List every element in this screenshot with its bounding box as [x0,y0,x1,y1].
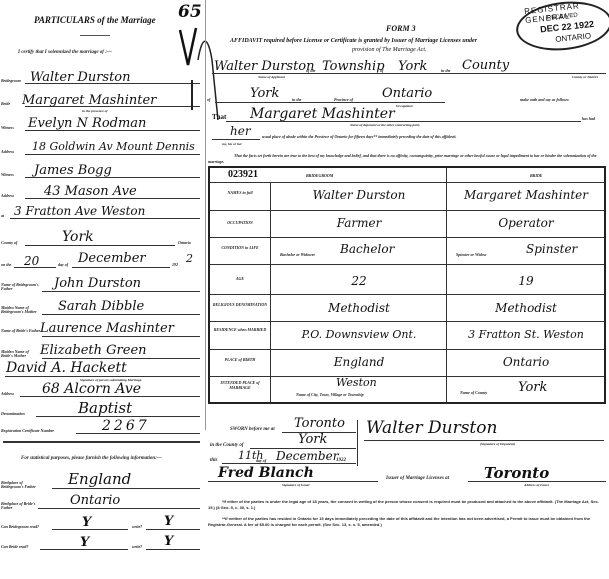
row-label: AGE [210,276,270,281]
field-rule [5,376,200,377]
bride-write: Y [164,534,173,549]
that-label: That [212,113,226,121]
issuer-signature: Fred Blanch [218,465,314,481]
field-label: Address [1,193,14,198]
county-prefix: Name of County [460,390,487,395]
issuer-place-label: Address of Issuer [524,483,549,487]
sworn-county: York [298,432,327,447]
bride-value: Margaret Mashinter [22,93,156,108]
day-of-label: day of [256,458,266,463]
parent-label: Name of Bride's Father [1,329,41,333]
groom-father-birthplace: England [68,470,131,488]
township-name: York [398,59,427,74]
field-label: Witness [1,172,14,177]
table-row: AGE 22 19 [210,264,604,295]
day-of-label: day of [58,262,68,267]
bride-condition: Spinster [526,242,577,256]
oath-text: make oath and say as follows: [520,97,569,102]
sworn-label: SWORN before me at [230,427,275,432]
in-the-label-2: in the [292,97,301,102]
form-title: FORM 3 [386,24,416,33]
parent-label: Name of Bridegroom's Father [1,283,41,291]
that-sub-label: Name of deponent or the other contractin… [350,123,420,127]
field-rule [25,154,200,155]
day-value: 20 [24,254,39,268]
field-rule [38,508,200,509]
of-the-label: of the [306,68,315,73]
witness1-value: Evelyn N Rodman [28,116,146,131]
presence-label: in the presence of [82,109,108,113]
bride-residence: 3 Fratton St. Weston [448,328,604,341]
county-type: County [462,58,509,73]
table-row: PLACE of BIRTH England Ontario [210,349,604,377]
panel-divider [205,0,206,430]
marriage-county: York [518,380,547,395]
officiant-signature: David A. Hackett [6,360,127,376]
groom-read: Y [82,515,91,530]
witness2-address: 43 Mason Ave [44,184,137,199]
groom-condition: Bachelor [340,242,394,256]
bride-father-birthplace: Ontario [70,493,120,508]
field-rule [215,102,445,103]
field-label: Witness [1,125,14,130]
bride-occupation: Operator [448,216,604,230]
table-row: INTENDED PLACE of MARRIAGE Weston Name o… [210,376,604,402]
section-divider [3,441,200,443]
issuer-place: Toronto [484,464,549,482]
field-label: County of [1,240,17,245]
page-number: 65 [178,2,202,22]
bride-mother: Elizabeth Green [40,343,147,358]
in-the-label: in the [441,68,450,73]
write-label: write? [132,544,142,549]
bride-read: Y [80,535,89,550]
deponent-label: (Signature of Deponent) [480,442,515,446]
groom-religion: Methodist [272,301,446,315]
issuer-text: Issuer of Marriage Licenses at [386,476,449,481]
field-rule [468,481,606,482]
bride-birthplace: Ontario [448,355,604,369]
county-name: York [250,86,279,101]
registration-label: Registration Certificate Number [1,428,54,433]
occupation-value: Ontario [382,86,432,101]
witness1-address: 18 Goldwin Av Mount Dennis [32,140,195,153]
province-label: Province of [334,97,353,102]
witness2-value: James Bogg [34,163,112,178]
row-label: RESIDENCE when MARRIED [210,327,270,332]
registrar-stamp: REGISTRAR GENERAL RECEIVED DEC 22 1922 O… [514,0,609,55]
table-row: OCCUPATION Farmer Operator [210,210,604,238]
groom-condition-prefix: Bachelor or Widower [280,252,315,257]
row-label: PLACE of BIRTH [210,357,270,362]
title-rule [80,35,110,36]
stamp-bottom: ONTARIO [555,31,592,44]
field-rule [146,549,200,550]
col-bridegroom: BRIDEGROOM [306,173,333,178]
field-label: Bridegroom [1,78,21,83]
row-label: OCCUPATION [210,220,270,225]
groom-father: John Durston [54,276,141,291]
table-row: CONDITION in LIFE Bachelor or Widower Ba… [210,237,604,265]
that-value: Margaret Mashinter [250,106,395,122]
of-label-2: of [207,97,210,102]
bride-father: Laurence Mashinter [40,321,174,336]
groom-mother: Sarah Dibble [58,299,144,314]
field-rule [146,529,200,530]
bride-condition-prefix: Spinster or Widow [456,252,486,257]
table-row: RESIDENCE when MARRIED P.O. Downsview On… [210,321,604,350]
literacy-label: Can Bride read? [1,544,28,549]
year-value: 2 [186,252,193,265]
applicant-name-label: Name of Applicant [258,75,285,79]
this-label: this [210,458,218,463]
literacy-label: Can Bridegroom read? [1,524,39,529]
parent-label: Maiden Name of Bride's Mother [1,350,41,358]
denomination-value: Baptist [78,399,132,417]
of-label: of [380,68,383,73]
field-label: on the [1,262,11,267]
table-row: NAMES in full Walter Durston Margaret Ma… [210,182,604,211]
field-rule [72,267,170,268]
row-label: RELIGIOUS DENOMINATION [210,302,270,307]
affidavit-subheading: provision of The Marriage Act. [352,47,427,53]
groom-name: Walter Durston [272,188,446,202]
issuer-sig-label: Signature of Issuer [282,483,310,487]
certify-text: I certify that I solemnized the marriage… [18,50,112,55]
stat-label: Birthplace of Bridegroom's Father [1,481,41,489]
field-label: at [1,213,4,218]
field-rule [222,463,356,464]
has-had: has had [582,116,595,121]
sworn-month: December [276,449,338,463]
serial-number: 023921 [228,169,258,180]
city-sub-label: Name of City, Town, Village or Township [296,392,364,397]
field-rule [42,336,200,337]
facts-text: That the facts set forth herein are true… [208,153,606,165]
field-label: Bride [1,101,10,106]
groom-residence: P.O. Downsview Ont. [272,328,446,341]
row-label: CONDITION in LIFE [210,245,270,250]
bride-religion: Methodist [448,301,604,315]
field-rule [42,358,200,359]
abode-text: usual place of abode within the Province… [262,134,456,139]
write-label: write? [132,524,142,529]
groom-birthplace: England [272,355,446,369]
field-rule [364,440,604,441]
field-rule [52,488,200,489]
county-district-label: County or District [572,75,598,79]
particulars-title: PARTICULARS of the Marriage [34,15,156,25]
registration-number: 2267 [102,418,150,434]
bridegroom-value: Walter Durston [30,70,131,85]
bride-name: Margaret Mashinter [448,188,604,202]
field-rule [42,291,200,292]
field-rule [212,139,260,140]
table-header-row: 023921 BRIDEGROOM BRIDE [210,168,604,183]
affidavit-heading: AFFIDAVIT required before License or Cer… [230,38,477,44]
bride-age: 19 [448,274,604,288]
stat-label: Birthplace of Bride's Father [1,502,41,510]
province-suffix: Ontario [178,240,191,245]
field-rule [42,314,200,315]
field-rule [208,481,378,482]
denomination-label: Denomination [1,411,25,416]
row-label: NAMES in full [210,190,270,195]
field-rule [10,218,200,219]
sworn-bracket [357,420,358,466]
month-value: December [78,251,146,266]
field-label: Address [1,149,14,154]
county-label: in the County of [210,443,243,448]
officiant-address: 68 Alcorn Ave [42,381,141,397]
groom-age: 22 [272,274,446,288]
table-row: RELIGIOUS DENOMINATION Methodist Methodi… [210,294,604,322]
applicant-name: Walter Durston [214,59,315,74]
occupation-label: Occupation [396,104,413,108]
footnote-1: *If either of the parties is under the l… [208,499,606,511]
ceremony-place: 3 Fratton Ave Weston [14,204,145,218]
marriage-city: Weston [336,376,377,389]
address-label: Address [1,391,14,396]
field-rule [25,245,175,246]
pronoun-label: my, his or her [222,142,242,146]
details-table: 023921 BRIDEGROOM BRIDE NAMES in full Wa… [208,166,606,404]
sworn-place: Toronto [294,416,345,431]
year-prefix: 192 [172,262,178,267]
pronoun-value: her [230,124,251,138]
sworn-year: 1922 [336,458,346,463]
county-value: York [62,229,94,245]
row-label: INTENDED PLACE of MARRIAGE [210,380,270,390]
place-type: Township [322,59,385,74]
deponent-signature: Walter Durston [366,418,497,438]
groom-write: Y [164,514,173,529]
col-bride: BRIDE [530,173,542,178]
groom-occupation: Farmer [272,216,446,230]
statistics-intro: For statistical purposes, please furnish… [3,455,198,463]
parent-label: Maiden Name of Bridegroom's Mother [1,306,41,314]
footnote-2: **If neither of the parties has resided … [208,516,606,528]
